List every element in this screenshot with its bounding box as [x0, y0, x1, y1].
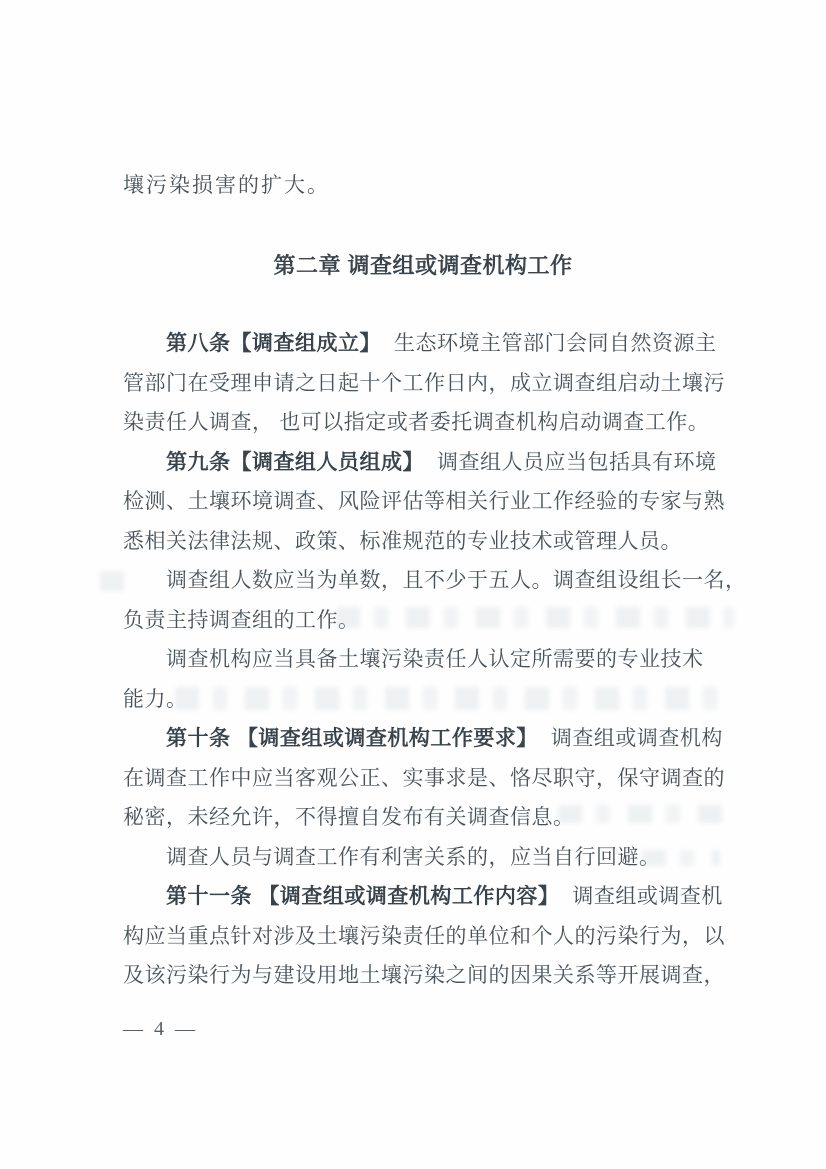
- line-text: 管部门在受理申请之日起十个工作日内，成立调查组启动土壤污: [123, 371, 725, 395]
- text-line: 及该污染行为与建设用地土壤污染之间的因果关系等开展调查，: [123, 956, 743, 996]
- text-line: 在调查工作中应当客观公正、实事求是、恪尽职守，保守调查的: [123, 759, 743, 799]
- bleed-through-artifact: [175, 687, 733, 710]
- text-line: 调查组人数应当为单数，且不少于五人。调查组设组长一名，: [123, 561, 743, 601]
- text-line: 悉相关法律法规、政策、标准规范的专业技术或管理人员。: [123, 522, 743, 562]
- line-text: 生态环境主管部门会同自然资源主: [394, 331, 717, 355]
- text-line: 调查机构应当具备土壤污染责任人认定所需要的专业技术: [123, 640, 743, 680]
- body-text: 第八条【调查组成立】生态环境主管部门会同自然资源主 管部门在受理申请之日起十个工…: [123, 324, 743, 996]
- line-text: 调查组人数应当为单数，且不少于五人。调查组设组长一名，: [166, 568, 747, 592]
- article-10-head: 第十条 【调查组或调查机构工作要求】: [166, 727, 538, 750]
- bleed-through-artifact: [100, 571, 126, 591]
- line-text: 调查组或调查机构: [551, 726, 723, 750]
- text-line: 染责任人调查， 也可以指定或者委托调查机构启动调查工作。: [123, 403, 743, 443]
- bleed-through-artifact: [558, 805, 734, 823]
- text-line: 管部门在受理申请之日起十个工作日内，成立调查组启动土壤污: [123, 364, 743, 404]
- continuation-line: 壤污染损害的扩大。: [123, 169, 330, 199]
- line-text: 调查组人员应当包括具有环境: [437, 450, 717, 474]
- text-line: 第九条【调查组人员组成】调查组人员应当包括具有环境: [123, 443, 743, 483]
- line-text: 在调查工作中应当客观公正、实事求是、恪尽职守，保守调查的: [123, 766, 725, 790]
- line-text: 秘密，未经允许，不得擅自发布有关调查信息。: [123, 805, 575, 829]
- line-text: 检测、土壤环境调查、风险评估等相关行业工作经验的专家与熟: [123, 489, 725, 513]
- article-9-head: 第九条【调查组人员组成】: [166, 451, 424, 474]
- line-text: 调查机构应当具备土壤污染责任人认定所需要的专业技术: [166, 647, 704, 671]
- scanned-document-page: 壤污染损害的扩大。 第二章 调查组或调查机构工作 第八条【调查组成立】生态环境主…: [0, 0, 826, 1169]
- chapter-heading: 第二章 调查组或调查机构工作: [123, 249, 723, 280]
- text-line: 检测、土壤环境调查、风险评估等相关行业工作经验的专家与熟: [123, 482, 743, 522]
- bleed-through-artifact: [336, 607, 734, 628]
- line-text: 调查人员与调查工作有利害关系的，应当自行回避。: [166, 845, 661, 869]
- text-line: 第八条【调查组成立】生态环境主管部门会同自然资源主: [123, 324, 743, 364]
- line-text: 及该污染行为与建设用地土壤污染之间的因果关系等开展调查，: [123, 963, 725, 987]
- line-text: 构应当重点针对涉及土壤污染责任的单位和个人的污染行为，以: [123, 924, 725, 948]
- bleed-through-artifact: [642, 850, 720, 866]
- article-8-head: 第八条【调查组成立】: [166, 332, 381, 355]
- line-text: 悉相关法律法规、政策、标准规范的专业技术或管理人员。: [123, 529, 682, 553]
- text-line: 构应当重点针对涉及土壤污染责任的单位和个人的污染行为，以: [123, 917, 743, 957]
- article-11-head: 第十一条 【调查组或调查机构工作内容】: [166, 885, 559, 908]
- line-text: 负责主持调查组的工作。: [123, 608, 360, 632]
- line-text: 染责任人调查， 也可以指定或者委托调查机构启动调查工作。: [123, 410, 709, 434]
- page-number: — 4 —: [123, 1018, 198, 1041]
- text-line: 第十一条 【调查组或调查机构工作内容】调查组或调查机: [123, 877, 743, 917]
- text-line: 第十条 【调查组或调查机构工作要求】调查组或调查机构: [123, 719, 743, 759]
- line-text: 调查组或调查机: [572, 884, 723, 908]
